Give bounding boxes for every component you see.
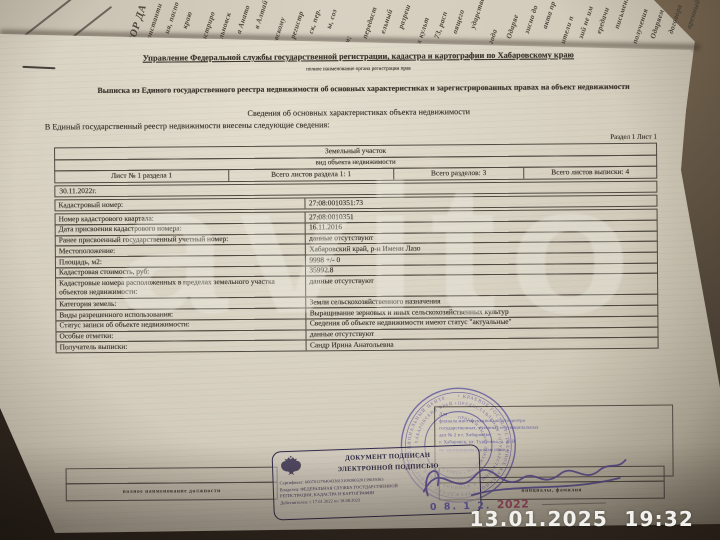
background-text-fragment: ударстве — [468, 0, 487, 30]
row-label: Дата присвоения кадастрового номера: — [56, 223, 306, 235]
document-title: Выписка из Единого государственного реес… — [51, 82, 677, 96]
background-text-fragment: ередачи — [594, 6, 611, 35]
background-text-fragment: краю — [180, 10, 194, 30]
background-text-fragment: в Алтай — [252, 0, 270, 30]
background-text-fragment: получения — [630, 7, 650, 44]
sheet-count-cell: Всего листов выписки: 4 — [524, 167, 656, 179]
double-headed-eagle-icon — [279, 455, 304, 480]
row-label: Кадастровые номера расположенных в преде… — [56, 277, 307, 299]
row-label: Кадастровый номер: — [55, 199, 305, 211]
row-label: Местоположение: — [56, 245, 306, 257]
background-text-fragment: ск, пер. — [306, 7, 323, 35]
row-label: Площадь, м2: — [56, 255, 306, 267]
document-subtitle: Сведения об основных характеристиках объ… — [39, 105, 679, 119]
background-text-fragment: Одаряе — [504, 13, 520, 40]
position-name-label: полное наименование должности — [66, 482, 278, 502]
background-text-fragment: ия, паспо — [162, 0, 181, 34]
sheet-count-cell: Всего разделов: 3 — [394, 168, 524, 180]
intro-line: В Единый государственный реестр недвижим… — [45, 120, 330, 131]
background-text-fragment: 73, расп — [432, 10, 449, 40]
row-value: 27:08:0010351:73 — [306, 196, 657, 208]
row-value: Сандр Ирина Анатольевна — [307, 338, 658, 350]
row-label: Категория земель: — [56, 298, 306, 310]
row-label: Получатель выписки: — [57, 341, 307, 353]
row-label: Статус записи об объекте недвижимости: — [56, 319, 306, 331]
background-text-fragment: разреш — [396, 3, 412, 30]
background-text-fragment: договора — [666, 3, 684, 35]
background-text-fragment: акта пр — [540, 0, 557, 30]
signature-rule — [542, 503, 606, 506]
row-label: Особые отметки: — [56, 330, 306, 342]
authority-name-caption: полное наименование органа регистрации п… — [38, 63, 678, 74]
background-text-fragment: ители п — [558, 15, 575, 45]
background-text-fragment: а Анато — [234, 4, 252, 35]
registration-authority-name: Управление Федеральной службы государств… — [38, 49, 678, 63]
camera-timestamp: 13.01.2025 19:32 — [469, 507, 694, 531]
background-text-fragment: аренный — [684, 0, 702, 30]
background-text-fragment: письменн — [612, 0, 631, 30]
background-text-fragment: зий не им — [576, 5, 595, 40]
sheet-count-cell: Всего листов раздела 1: 1 — [229, 169, 394, 181]
row-label: Виды разрешенного использования: — [56, 309, 306, 321]
row-label: Номер кадастрового квартала: — [56, 213, 306, 225]
section-sheet-label: Раздел 1 Лист 1 — [610, 133, 657, 141]
row-label: Ранее присвоенный государственный учетны… — [56, 234, 306, 246]
property-details-table: Земельный участок вид объекта недвижимос… — [54, 144, 659, 354]
egrn-extract-document: Управление Федеральной службы государств… — [0, 0, 720, 540]
position-signature-block: полное наименование должности — [66, 467, 278, 502]
background-text-fragment: ельный — [378, 8, 394, 35]
background-text-fragment: зисно до — [522, 4, 540, 35]
photo-of-document: { "colors": { "stamp_purple": "#6157a0",… — [0, 0, 720, 540]
row-value: данные отсутствуют — [306, 274, 657, 297]
background-text-fragment: оящего — [450, 8, 466, 35]
sheet-count-cell: Лист № 1 раздела 1 — [55, 170, 229, 182]
background-text-fragment: Одаряем — [648, 8, 666, 40]
background-text-fragment: передаст — [360, 6, 379, 40]
background-text-fragment: ы, соз — [324, 8, 339, 30]
date-stamp-day: 0 8. — [430, 501, 458, 513]
table-rows: Кадастровый номер: 27:08:0010351:73 Номе… — [54, 195, 658, 354]
